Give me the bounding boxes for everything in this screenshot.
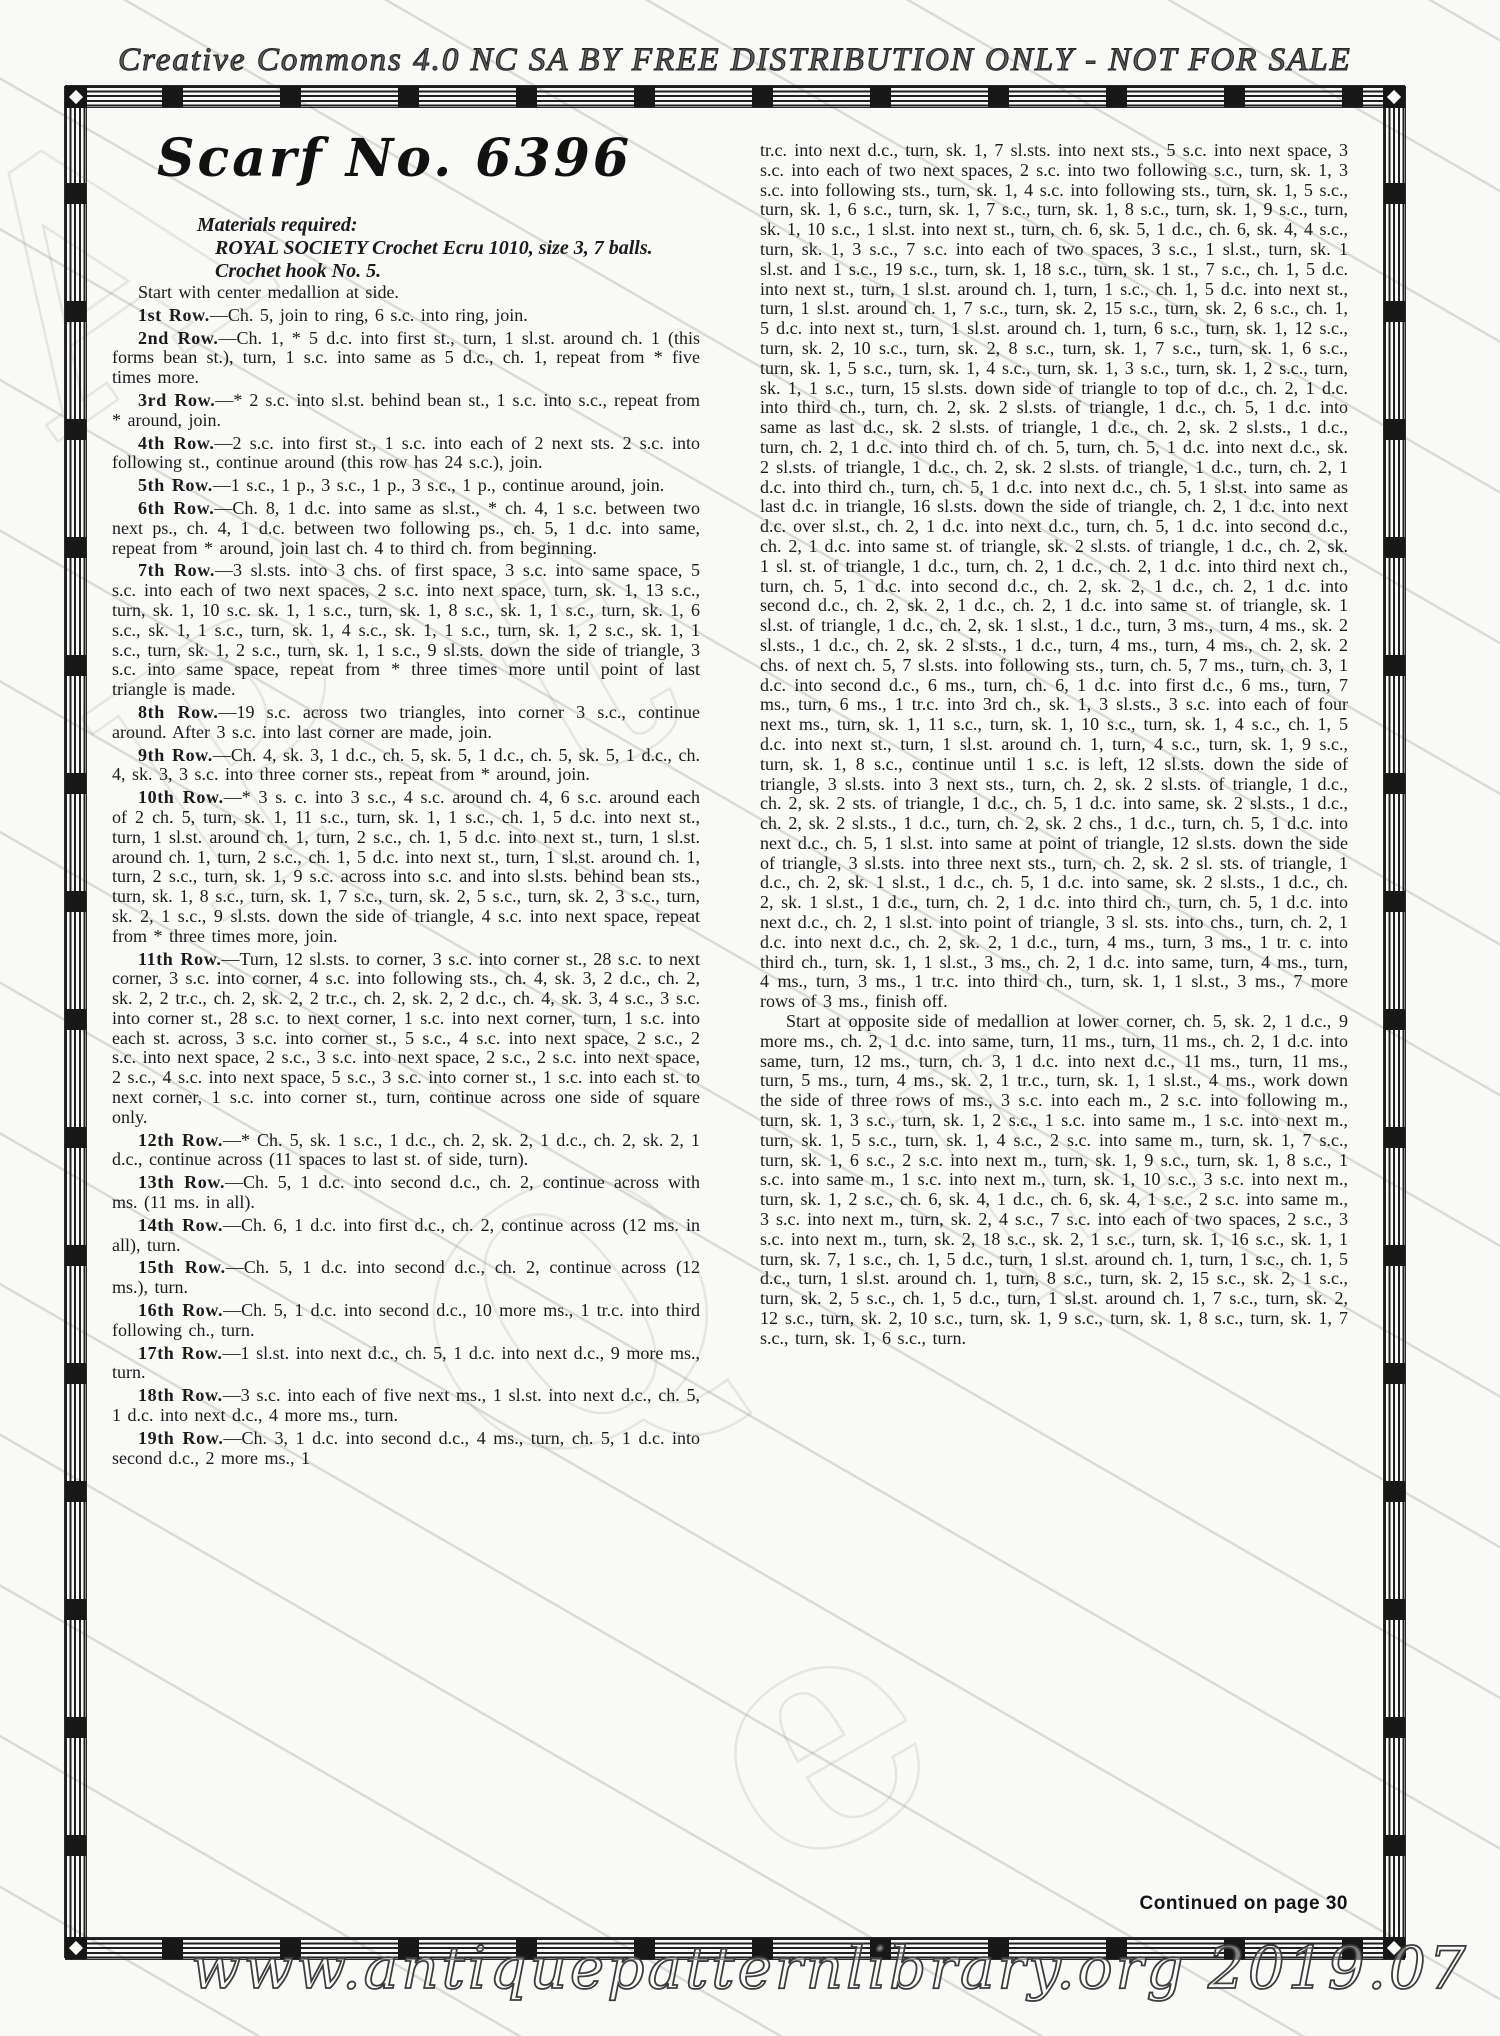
continuation-paragraph: tr.c. into next d.c., turn, sk. 1, 7 sl.… bbox=[760, 141, 1348, 1012]
instruction-row: 9th Row.—Ch. 4, sk. 3, 1 d.c., ch. 5, sk… bbox=[112, 743, 700, 786]
row-label: 9th Row. bbox=[138, 745, 213, 765]
row-text: —1 s.c., 1 p., 3 s.c., 1 p., 3 s.c., 1 p… bbox=[213, 475, 664, 495]
instruction-row: 3rd Row.—* 2 s.c. into sl.st. behind bea… bbox=[112, 388, 700, 431]
instruction-row: 4th Row.—2 s.c. into first st., 1 s.c. i… bbox=[112, 431, 700, 474]
frame-border-right bbox=[1384, 86, 1405, 1958]
row-label: 14th Row. bbox=[138, 1215, 223, 1235]
materials-label: Materials required: bbox=[197, 214, 757, 237]
row-label: 12th Row. bbox=[138, 1130, 223, 1150]
instruction-row: 10th Row.—* 3 s. c. into 3 s.c., 4 s.c. … bbox=[112, 785, 700, 946]
instruction-row: 18th Row.—3 s.c. into each of five next … bbox=[112, 1383, 700, 1426]
row-text: —* 3 s. c. into 3 s.c., 4 s.c. around ch… bbox=[112, 787, 700, 946]
row-text: —Ch. 5, join to ring, 6 s.c. into ring, … bbox=[210, 305, 528, 325]
column-left: Start with center medallion at side. 1st… bbox=[112, 283, 700, 1883]
instruction-row: 6th Row.—Ch. 8, 1 d.c. into same as sl.s… bbox=[112, 496, 700, 558]
column-right: tr.c. into next d.c., turn, sk. 1, 7 sl.… bbox=[760, 141, 1348, 1893]
footer-text: www.antiquepatternlibrary.org 2019.07 bbox=[191, 1934, 1469, 2002]
row-label: 16th Row. bbox=[138, 1300, 223, 1320]
row-label: 13th Row. bbox=[138, 1172, 225, 1192]
page: { "page": { "banner": "Creative Commons … bbox=[0, 0, 1500, 2036]
row-label: 15th Row. bbox=[138, 1257, 226, 1277]
instruction-row: 12th Row.—* Ch. 5, sk. 1 s.c., 1 d.c., c… bbox=[112, 1128, 700, 1171]
row-label: 11th Row. bbox=[138, 949, 221, 969]
row-text: —3 sl.sts. into 3 chs. of first space, 3… bbox=[112, 560, 700, 699]
row-text: —Turn, 12 sl.sts. to corner, 3 s.c. into… bbox=[112, 949, 700, 1127]
row-label: 17th Row. bbox=[138, 1343, 223, 1363]
instruction-row: 19th Row.—Ch. 3, 1 d.c. into second d.c.… bbox=[112, 1426, 700, 1469]
instruction-row: 1st Row.—Ch. 5, join to ring, 6 s.c. int… bbox=[112, 303, 700, 326]
row-label: 19th Row. bbox=[138, 1428, 223, 1448]
footer-watermark: www.antiquepatternlibrary.org 2019.07 bbox=[0, 1922, 1500, 2022]
row-label: 1st Row. bbox=[138, 305, 210, 325]
instruction-row: 17th Row.—1 sl.st. into next d.c., ch. 5… bbox=[112, 1341, 700, 1384]
instruction-row: 16th Row.—Ch. 5, 1 d.c. into second d.c.… bbox=[112, 1298, 700, 1341]
page-title: Scarf No. 6396 bbox=[157, 128, 777, 189]
instruction-row: 14th Row.—Ch. 6, 1 d.c. into first d.c.,… bbox=[112, 1213, 700, 1256]
instruction-row: 15th Row.—Ch. 5, 1 d.c. into second d.c.… bbox=[112, 1255, 700, 1298]
instruction-row: 2nd Row.—Ch. 1, * 5 d.c. into first st.,… bbox=[112, 326, 700, 388]
continuation-paragraph: Start at opposite side of medallion at l… bbox=[760, 1012, 1348, 1349]
instruction-row: 13th Row.—Ch. 5, 1 d.c. into second d.c.… bbox=[112, 1170, 700, 1213]
row-label: 18th Row. bbox=[138, 1385, 223, 1405]
materials-block: Materials required: ROYAL SOCIETY Croche… bbox=[197, 214, 757, 283]
instruction-row: 8th Row.—19 s.c. across two triangles, i… bbox=[112, 700, 700, 743]
instruction-row: 11th Row.—Turn, 12 sl.sts. to corner, 3 … bbox=[112, 947, 700, 1128]
instruction-row: 7th Row.—3 sl.sts. into 3 chs. of first … bbox=[112, 558, 700, 700]
row-label: 8th Row. bbox=[138, 702, 219, 722]
frame-border-left bbox=[65, 86, 86, 1958]
row-label: 4th Row. bbox=[138, 433, 215, 453]
license-banner: Creative Commons 4.0 NC SA BY FREE DISTR… bbox=[0, 22, 1500, 92]
row-label: 3rd Row. bbox=[138, 390, 215, 410]
row-label: 5th Row. bbox=[138, 475, 213, 495]
row-label: 10th Row. bbox=[138, 787, 224, 807]
materials-line: ROYAL SOCIETY Crochet Ecru 1010, size 3,… bbox=[215, 237, 757, 260]
instruction-row: 5th Row.—1 s.c., 1 p., 3 s.c., 1 p., 3 s… bbox=[112, 473, 700, 496]
continued-note: Continued on page 30 bbox=[760, 1893, 1348, 1915]
row-label: 7th Row. bbox=[138, 560, 215, 580]
row-label: 2nd Row. bbox=[138, 328, 219, 348]
intro-paragraph: Start with center medallion at side. bbox=[112, 283, 700, 303]
row-label: 6th Row. bbox=[138, 498, 214, 518]
license-banner-text: Creative Commons 4.0 NC SA BY FREE DISTR… bbox=[118, 42, 1352, 78]
materials-line: Crochet hook No. 5. bbox=[215, 260, 757, 283]
